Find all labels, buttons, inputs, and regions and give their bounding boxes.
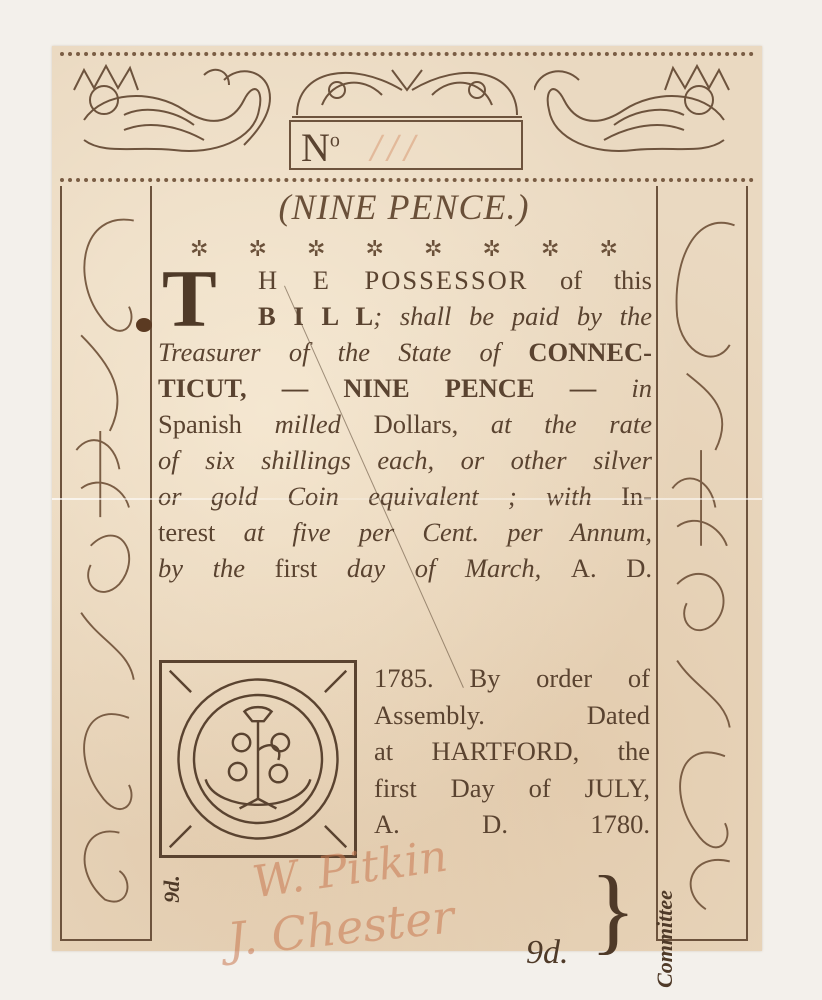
bill-text-area: (NINE PENCE.) ✲✲✲✲✲✲✲✲ T H E POSSESSOR o… [152, 186, 656, 941]
bill-date-text: 1785. By order ofAssembly. Datedat HARTF… [374, 660, 650, 843]
right-scroll-border [656, 186, 748, 941]
committee-label: Committee [652, 890, 678, 988]
star-ornament-icon: ✲ [249, 236, 267, 262]
denomination-right: 9d. [526, 934, 569, 972]
star-ornament-icon: ✲ [600, 236, 618, 262]
ink-stain [136, 318, 152, 332]
center-scroll-ornament-icon [292, 60, 522, 118]
banknote: No /// (NINE PENCE.) ✲✲✲✲✲✲✲✲ T [52, 46, 762, 951]
bill-text-line: Assembly. Dated [374, 697, 650, 734]
star-ornament-icon: ✲ [307, 236, 325, 262]
denomination-left: 9d. [159, 875, 185, 903]
star-ornament-row: ✲✲✲✲✲✲✲✲ [190, 236, 618, 262]
bill-text-line: first Day of JULY, [374, 770, 650, 807]
serial-number-value: /// [371, 128, 421, 166]
bill-text-line: H E POSSESSOR of this [158, 262, 652, 298]
bill-text-line: of six shillings each, or other silver [158, 442, 652, 478]
serial-number-box: No /// [289, 120, 523, 170]
serial-label: No [301, 124, 340, 171]
bill-text-line: at HARTFORD, the [374, 733, 650, 770]
bill-text-line: TICUT, — NINE PENCE — in [158, 370, 652, 406]
connecticut-seal-icon [159, 660, 357, 858]
fold-crease [52, 498, 762, 500]
star-ornament-icon: ✲ [483, 236, 501, 262]
star-ornament-icon: ✲ [541, 236, 559, 262]
star-ornament-icon: ✲ [424, 236, 442, 262]
star-ornament-icon: ✲ [366, 236, 384, 262]
bill-text-line: or gold Coin equivalent ; with In- [158, 478, 652, 514]
bill-text-line: 1785. By order of [374, 660, 650, 697]
bill-text-line: Treasurer of the State of CONNEC- [158, 334, 652, 370]
denomination-title: (NINE PENCE.) [152, 186, 656, 228]
left-scroll-border [60, 186, 152, 941]
bill-text-line: Spanish milled Dollars, at the rate [158, 406, 652, 442]
left-scroll-ornament-icon [64, 60, 279, 162]
bill-text-line: terest at five per Cent. per Annum, [158, 514, 652, 550]
committee-brace-icon: } [590, 862, 636, 958]
bill-text-line: B I L L; shall be paid by the [158, 298, 652, 334]
bill-body-text: H E POSSESSOR of thisB I L L; shall be p… [158, 262, 652, 586]
right-scroll-ornament-icon [534, 60, 739, 162]
